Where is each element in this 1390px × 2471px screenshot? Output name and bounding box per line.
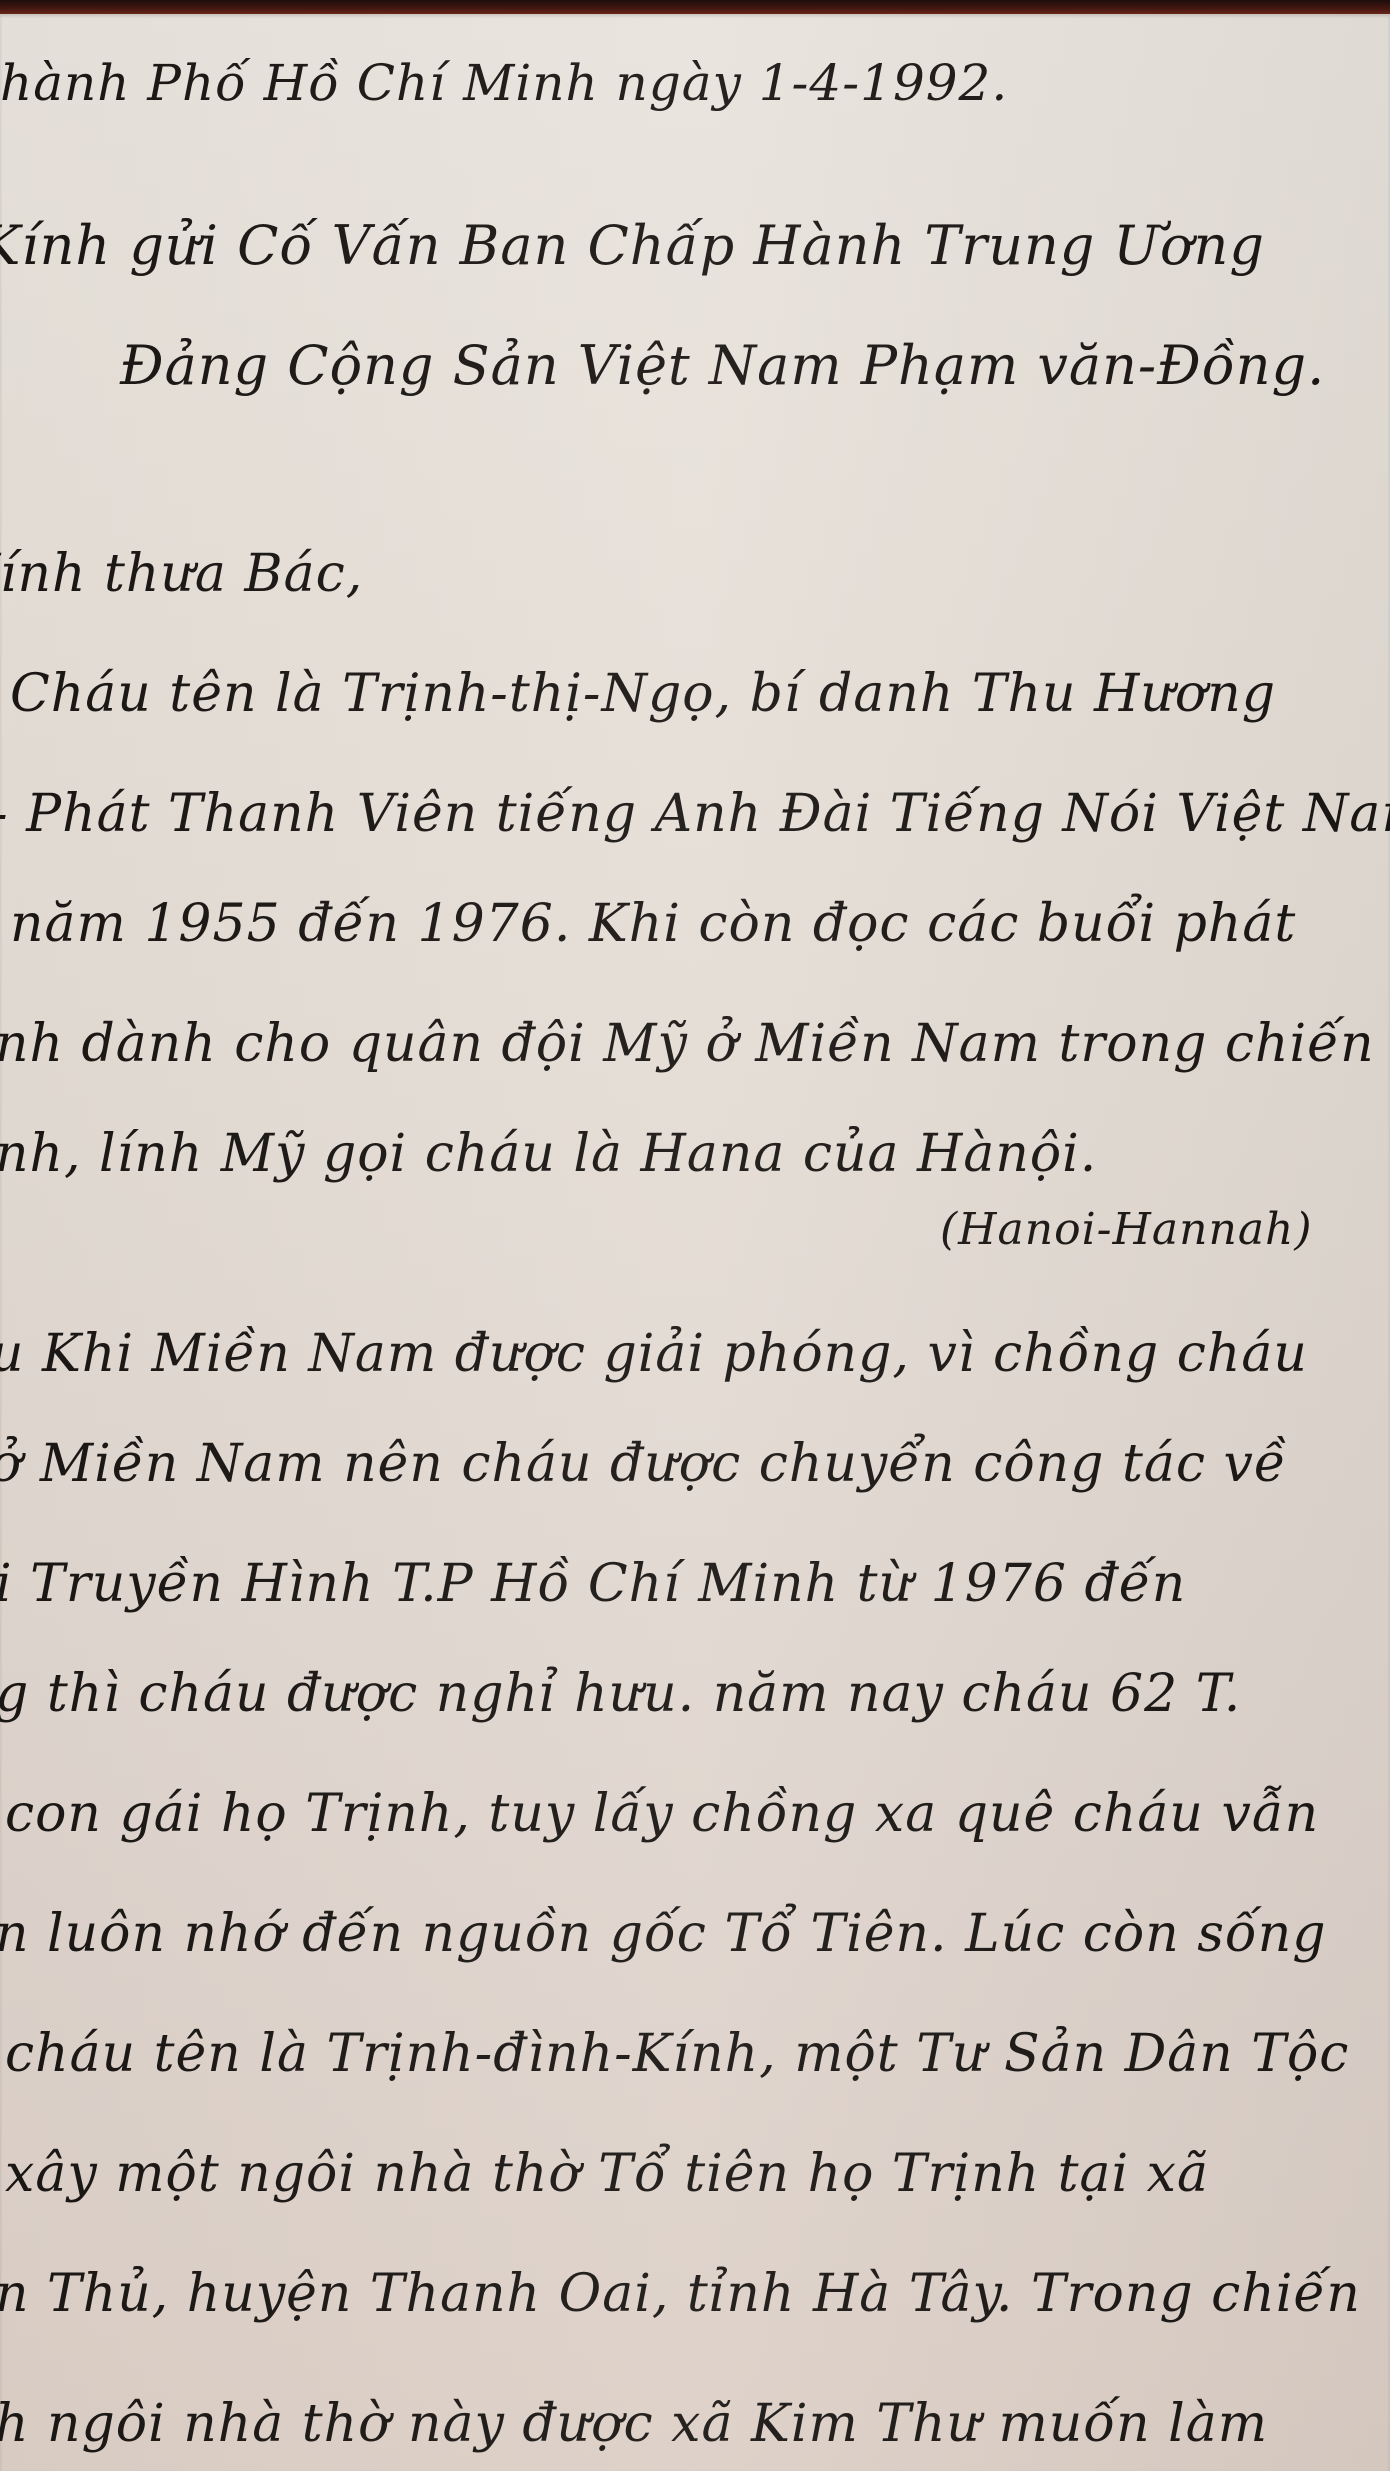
letter-recipient-line-2: Đảng Cộng Sản Việt Nam Phạm văn-Đồng. [120, 334, 1325, 397]
letter-body-line: ở Miền Nam nên cháu được chuyển công tác… [0, 1434, 1287, 1494]
letter-salutation: Kính thưa Bác, [0, 544, 363, 604]
letter-body-line: g thì cháu được nghỉ hưu. năm nay cháu 6… [0, 1664, 1241, 1724]
letter-body-line: Cháu tên là Trịnh-thị-Ngọ, bí danh Thu H… [10, 664, 1276, 724]
letter-recipient-line-1: Kính gửi Cố Vấn Ban Chấp Hành Trung Ương [0, 214, 1265, 277]
letter-body-line: xây một ngôi nhà thờ Tổ tiên họ Trịnh tạ… [5, 2144, 1209, 2204]
letter-body-line: n luôn nhớ đến nguồn gốc Tổ Tiên. Lúc cò… [0, 1904, 1327, 1964]
letter-body-line: năm 1955 đến 1976. Khi còn đọc các buổi … [10, 894, 1296, 954]
letter-body-line: i Truyền Hình T.P Hồ Chí Minh từ 1976 đế… [0, 1554, 1186, 1614]
letter-body-line: con gái họ Trịnh, tuy lấy chồng xa quê c… [5, 1784, 1319, 1844]
letter-paper: hành Phố Hồ Chí Minh ngày 1-4-1992. Kính… [0, 14, 1390, 2471]
letter-body-line: h ngôi nhà thờ này được xã Kim Thư muốn … [0, 2394, 1268, 2454]
letter-body-line: nh, lính Mỹ gọi cháu là Hana của Hànội. [0, 1124, 1097, 1184]
letter-body-line: - Phát Thanh Viên tiếng Anh Đài Tiếng Nó… [0, 784, 1390, 844]
letter-body-line: nh dành cho quân đội Mỹ ở Miền Nam trong… [0, 1014, 1375, 1074]
letter-body-line: n Thủ, huyện Thanh Oai, tỉnh Hà Tây. Tro… [0, 2264, 1361, 2324]
letter-body-line-annotation: (Hanoi-Hannah) [940, 1204, 1313, 1255]
letter-place-date: hành Phố Hồ Chí Minh ngày 1-4-1992. [0, 54, 1008, 112]
letter-body-line: cháu tên là Trịnh-đình-Kính, một Tư Sản … [5, 2024, 1349, 2084]
letter-body-line: u Khi Miền Nam được giải phóng, vì chồng… [0, 1324, 1308, 1384]
